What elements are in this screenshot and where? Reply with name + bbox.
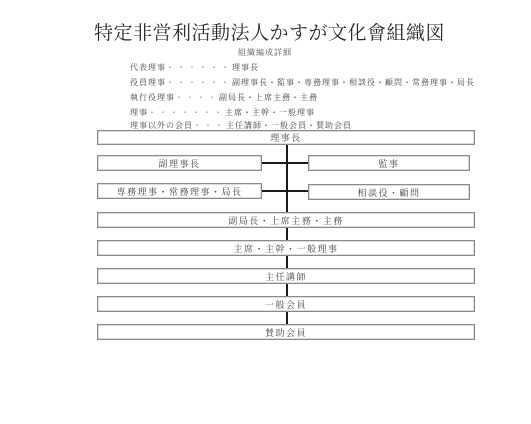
connector-row2 (262, 190, 308, 192)
legend-dots: ・・・・ (175, 92, 219, 103)
legend-role: 代表理事 (130, 62, 166, 73)
org-box-advisors: 相談役・顧問 (308, 184, 470, 200)
legend-members: 副局長・上席主務・主務 (219, 92, 318, 103)
legend-dots: ・・・・・・ (166, 62, 232, 73)
org-box-chief-instructor: 主任講師 (97, 268, 475, 284)
connector-row1 (262, 162, 308, 164)
legend-role: 役員理事 (130, 77, 166, 88)
legend-row-executive-director: 執行役理事・・・・副局長・上席主務・主務 (130, 92, 318, 103)
org-box-auditor: 監事 (308, 155, 470, 171)
legend-row-representative-director: 代表理事・・・・・・理事長 (130, 62, 259, 73)
legend-role: 理事 (130, 107, 148, 118)
org-box-deputy-director-level: 副局長・上席主務・主務 (97, 212, 475, 228)
legend-role: 執行役理事 (130, 92, 175, 103)
legend-dots: ・・・・・・・ (148, 107, 225, 118)
org-box-managing-directors: 専務理事・常務理事・局長 (97, 183, 262, 199)
legend-members: 理事長 (232, 62, 259, 73)
org-box-director-level: 主席・主幹・一般理事 (97, 240, 475, 256)
legend-members: 主席・主幹・一般理事 (225, 107, 315, 118)
page-title: 特定非営利活動法人かすが文化會組織図 (94, 18, 454, 45)
org-box-supporting-member: 賛助会員 (97, 324, 475, 340)
legend-dots: ・・・・・・ (166, 77, 232, 88)
legend-subtitle: 組織編成詳細 (225, 47, 305, 58)
legend-row-officer-director: 役員理事・・・・・・副理事長・監事・専務理事・相談役・顧問・常務理事・局長 (130, 77, 475, 88)
org-box-vice-chairman: 副理事長 (97, 155, 262, 171)
org-box-general-member: 一般会員 (97, 296, 475, 312)
legend-row-director: 理事・・・・・・・主席・主幹・一般理事 (130, 107, 315, 118)
org-box-chairman: 理事長 (97, 130, 475, 145)
legend-members: 副理事長・監事・専務理事・相談役・顧問・常務理事・局長 (232, 77, 475, 88)
